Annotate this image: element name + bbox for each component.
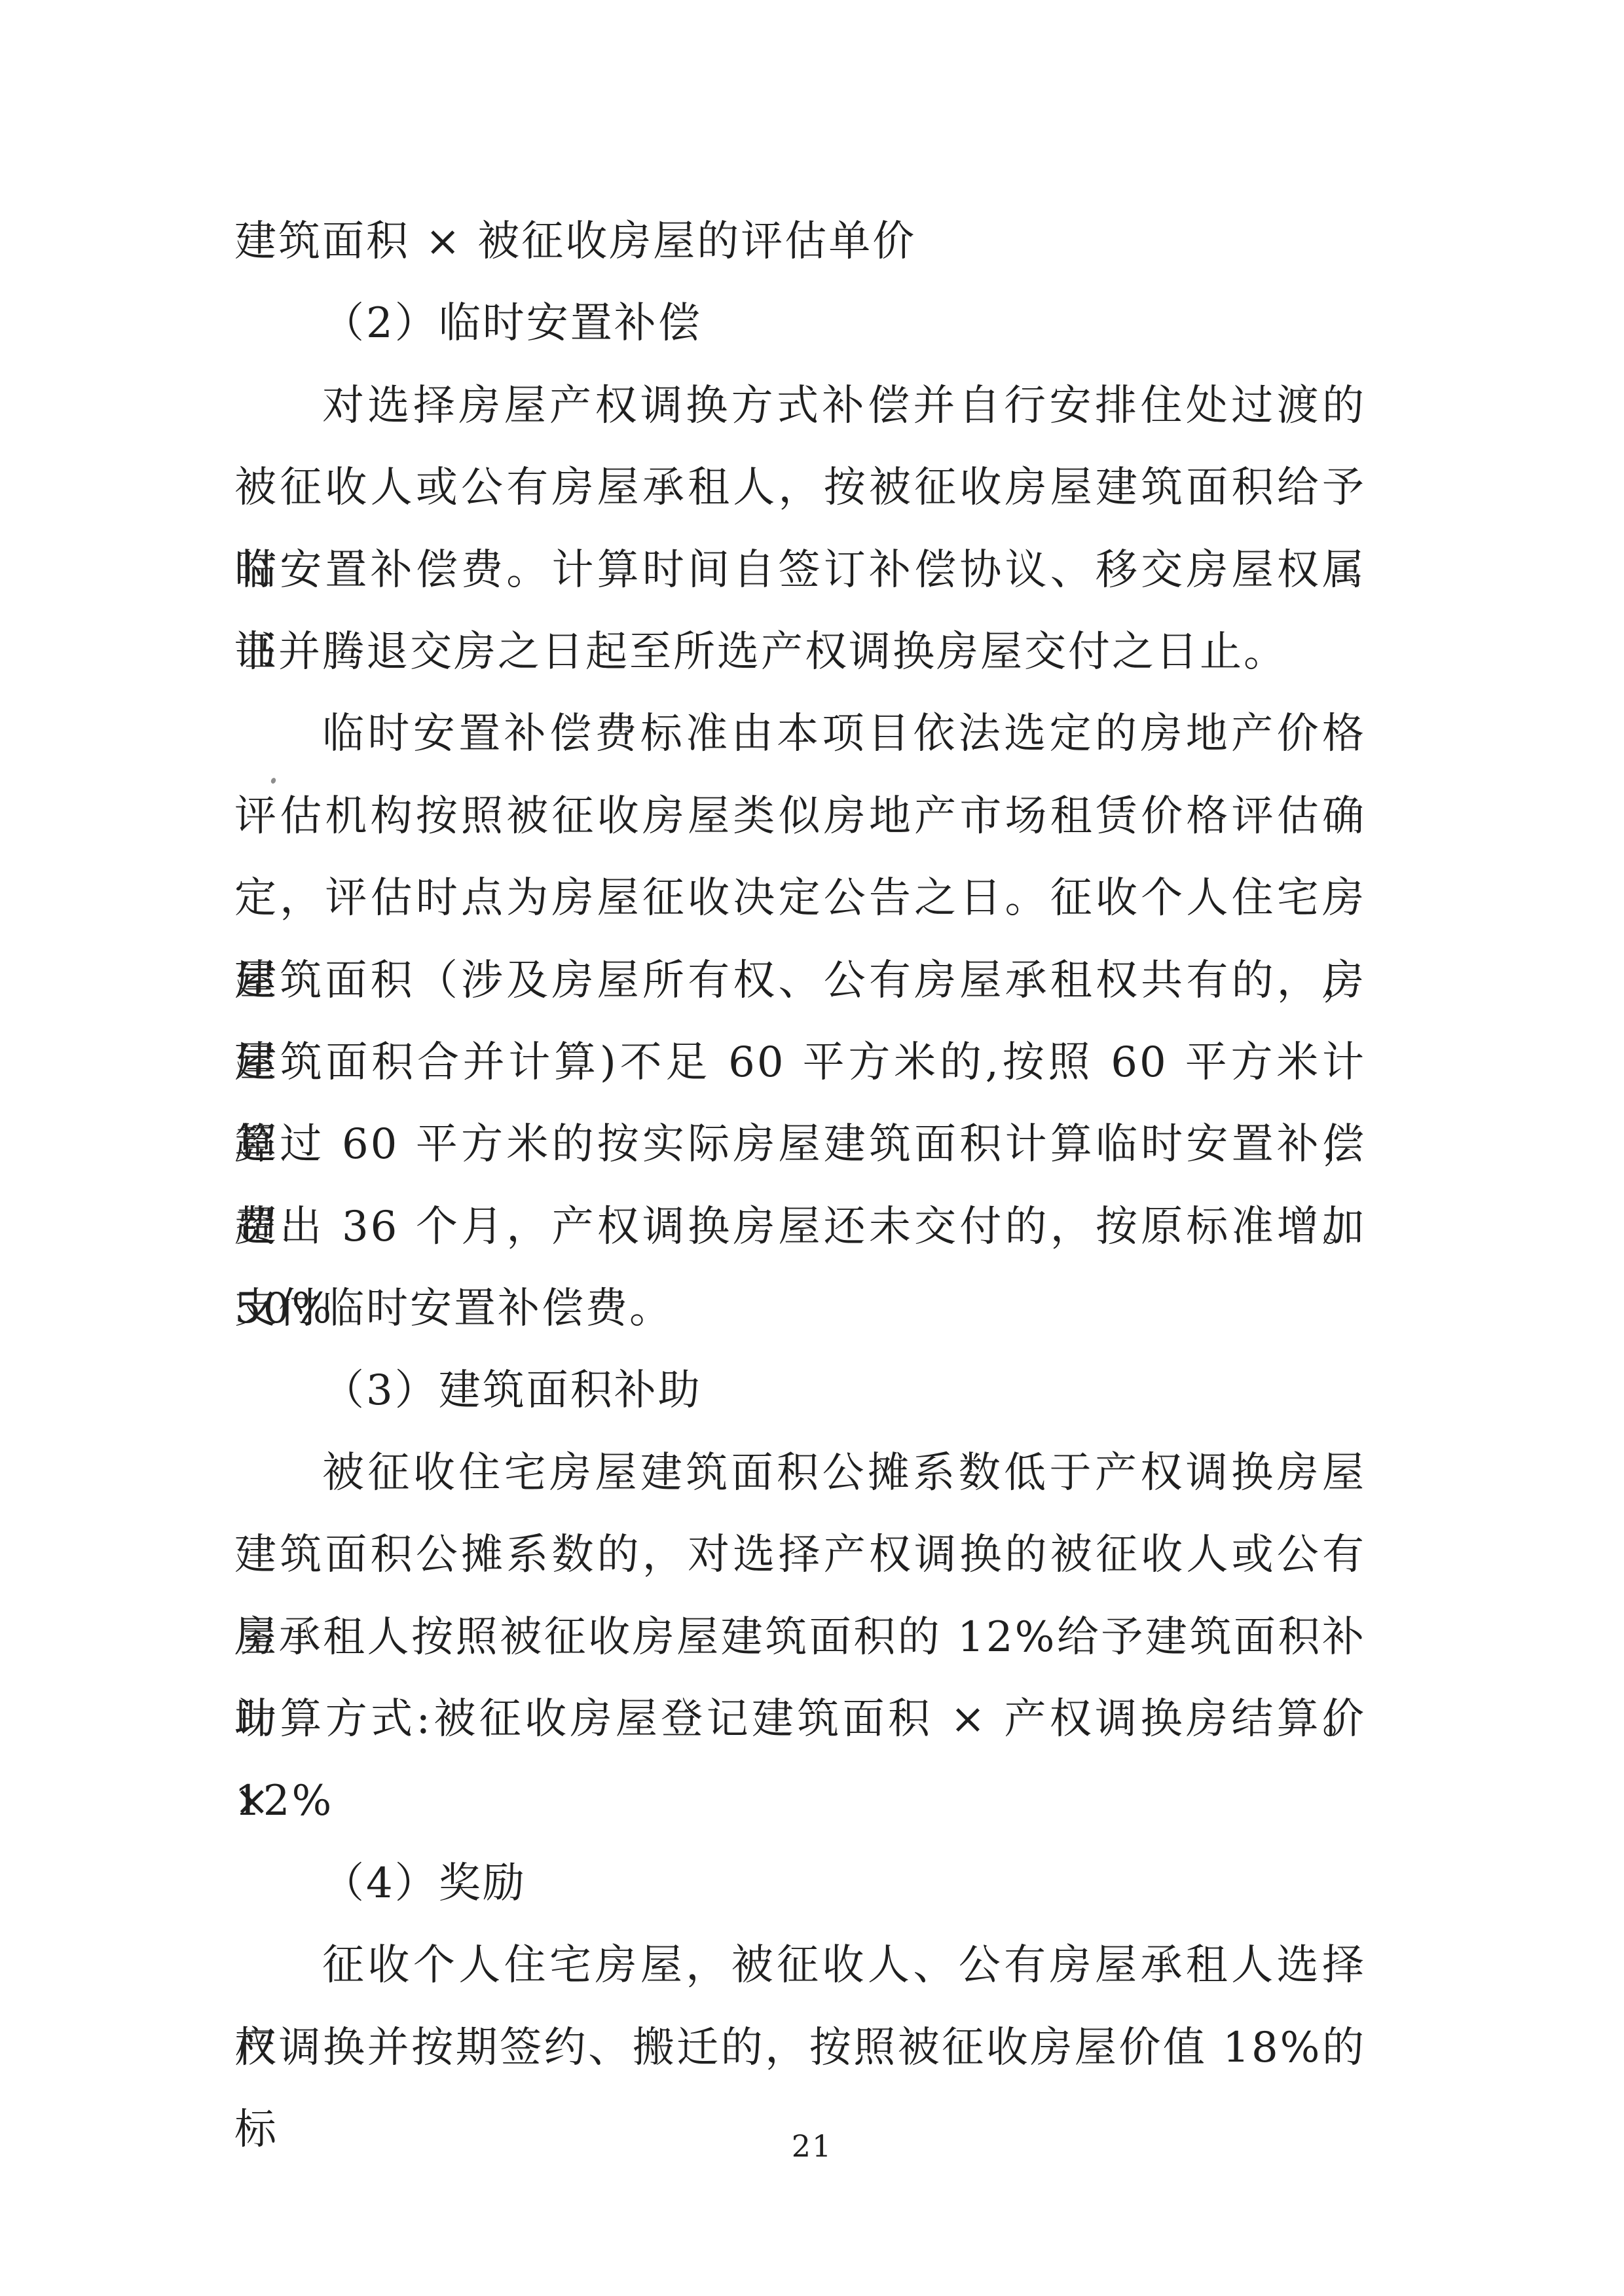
page-number: 21 xyxy=(0,2120,1624,2172)
body-line: 临时安置补偿费标准由本项目依法选定的房地产价格 xyxy=(234,693,1366,775)
body-line: 定，评估时点为房屋征收决定公告之日。征收个人住宅房屋， xyxy=(234,858,1366,939)
body-line: 超出 36 个月，产权调换房屋还未交付的，按原标准增加 50% xyxy=(234,1186,1366,1268)
text-column: 建筑面积 × 被征收房屋的评估单价 （2）临时安置补偿 对选择房屋产权调换方式补… xyxy=(234,201,1366,2089)
body-line: 被征收住宅房屋建筑面积公摊系数低于产权调换房屋 xyxy=(234,1432,1366,1514)
section-heading: （2）临时安置补偿 xyxy=(234,283,1366,365)
body-line: 征收个人住宅房屋，被征收人、公有房屋承租人选择产 xyxy=(234,1925,1366,2007)
body-line: 建筑面积公摊系数的，对选择产权调换的被征收人或公有房 xyxy=(234,1514,1366,1596)
body-line: 书并腾退交房之日起至所选产权调换房屋交付之日止。 xyxy=(234,611,1366,693)
body-line: 权调换并按期签约、搬迁的，按照被征收房屋价值 18%的标 xyxy=(234,2007,1366,2089)
body-line: 评估机构按照被征收房屋类似房地产市场租赁价格评估确 xyxy=(234,776,1366,858)
body-line: 超过 60 平方米的按实际房屋建筑面积计算临时安置补偿费。 xyxy=(234,1104,1366,1186)
body-line: 屋承租人按照被征收房屋建筑面积的 12%给予建筑面积补助。 xyxy=(234,1597,1366,1679)
body-line: 对选择房屋产权调换方式补偿并自行安排住处过渡的 xyxy=(234,365,1366,447)
body-line: 12% xyxy=(234,1760,1366,1842)
body-line: 建筑面积合并计算)不足 60 平方米的,按照 60 平方米计算， xyxy=(234,1022,1366,1104)
section-heading: （4）奖励 xyxy=(234,1843,1366,1925)
body-line: 建筑面积（涉及房屋所有权、公有房屋承租权共有的，房屋 xyxy=(234,940,1366,1022)
body-line: 支付临时安置补偿费。 xyxy=(234,1268,1366,1350)
body-line: 时安置补偿费。计算时间自签订补偿协议、移交房屋权属证 xyxy=(234,530,1366,611)
document-page: 建筑面积 × 被征收房屋的评估单价 （2）临时安置补偿 对选择房屋产权调换方式补… xyxy=(0,0,1624,2296)
section-heading: （3）建筑面积补助 xyxy=(234,1350,1366,1432)
body-line: 被征收人或公有房屋承租人，按被征收房屋建筑面积给予临 xyxy=(234,447,1366,529)
body-line: 计算方式:被征收房屋登记建筑面积 × 产权调换房结算价 × xyxy=(234,1679,1366,1760)
formula-line: 建筑面积 × 被征收房屋的评估单价 xyxy=(234,201,1366,283)
